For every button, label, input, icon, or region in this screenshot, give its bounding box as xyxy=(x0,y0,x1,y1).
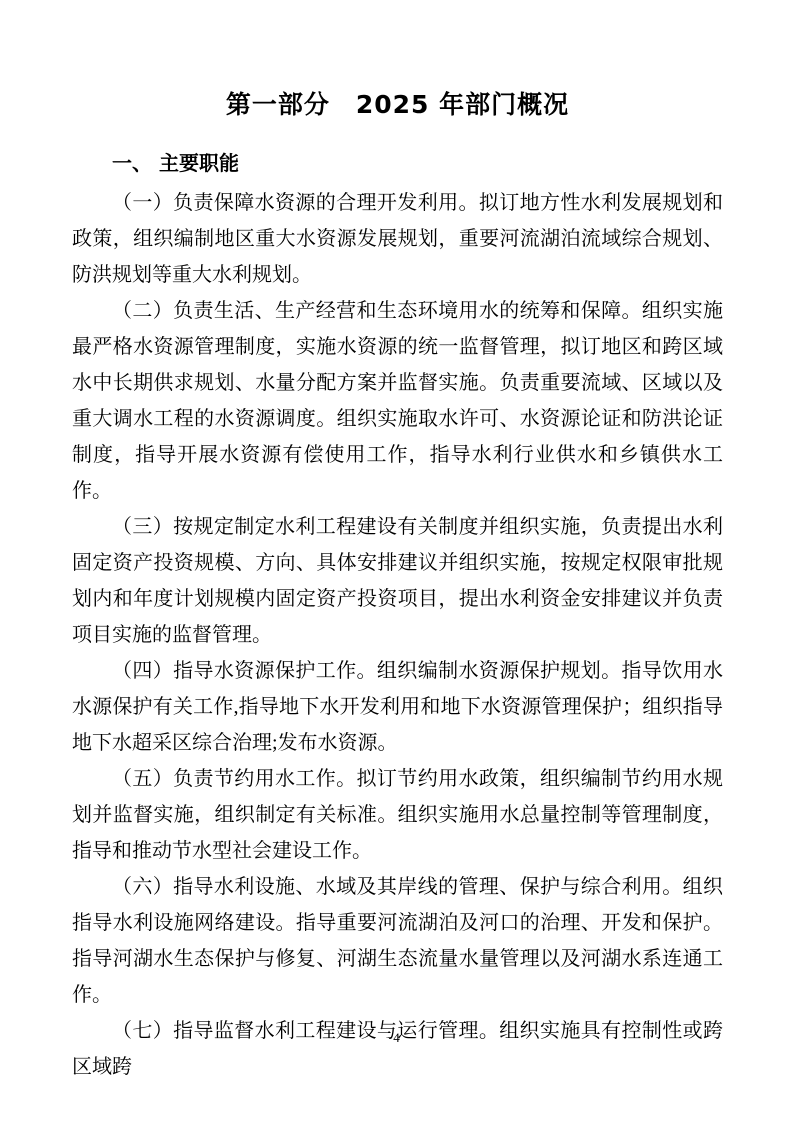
paragraph-1: （一）负责保障水资源的合理开发利用。拟订地方性水利发展规划和政策，组织编制地区重… xyxy=(72,185,723,293)
paragraph-6: （六）指导水利设施、水域及其岸线的管理、保护与综合利用。组织指导水利设施网络建设… xyxy=(72,869,723,1013)
document-title: 第一部分 2025 年部门概况 xyxy=(72,88,723,121)
document-page: 第一部分 2025 年部门概况 一、 主要职能 （一）负责保障水资源的合理开发利… xyxy=(0,0,793,1122)
section-heading: 一、 主要职能 xyxy=(72,149,723,177)
paragraph-2: （二）负责生活、生产经营和生态环境用水的统筹和保障。组织实施最严格水资源管理制度… xyxy=(72,293,723,509)
page-number: 4 xyxy=(0,1030,793,1046)
paragraph-7: （七）指导监督水利工程建设与运行管理。组织实施具有控制性或跨区域跨 xyxy=(72,1013,723,1085)
paragraph-3: （三）按规定制定水利工程建设有关制度并组织实施，负责提出水利固定资产投资规模、方… xyxy=(72,509,723,653)
paragraph-5: （五）负责节约用水工作。拟订节约用水政策，组织编制节约用水规划并监督实施，组织制… xyxy=(72,761,723,869)
document-content: 第一部分 2025 年部门概况 一、 主要职能 （一）负责保障水资源的合理开发利… xyxy=(0,0,793,1085)
paragraph-4: （四）指导水资源保护工作。组织编制水资源保护规划。指导饮用水水源保护有关工作,指… xyxy=(72,653,723,761)
